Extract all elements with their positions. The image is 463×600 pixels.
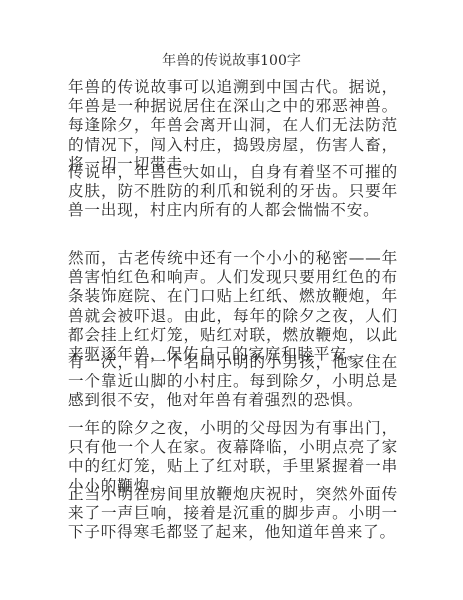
paragraph-xiaoming: 有一次，有一个名叫小明的小男孩，他家住在一个靠近山脚的小村庄。每到除夕，小明总是… (68, 353, 398, 411)
paragraph-origin: 年兽的传说故事可以追溯到中国古代。据说，年兽是一种据说居住在深山之中的邪恶神兽。… (68, 78, 398, 174)
paragraph-secret: 然而，古老传统中还有一个小小的秘密——年兽害怕红色和响声。人们发现只要用红色的布… (68, 249, 398, 364)
document-title: 年兽的传说故事100字 (0, 52, 463, 70)
paragraph-appearance: 传说中，年兽巨大如山，自身有着坚不可摧的皮肤，防不胜防的利爪和锐利的牙齿。只要年… (68, 163, 398, 221)
paragraph-nian-arrives: 正当小明在房间里放鞭炮庆祝时，突然外面传来了一声巨响，接着是沉重的脚步声。小明一… (68, 485, 398, 543)
